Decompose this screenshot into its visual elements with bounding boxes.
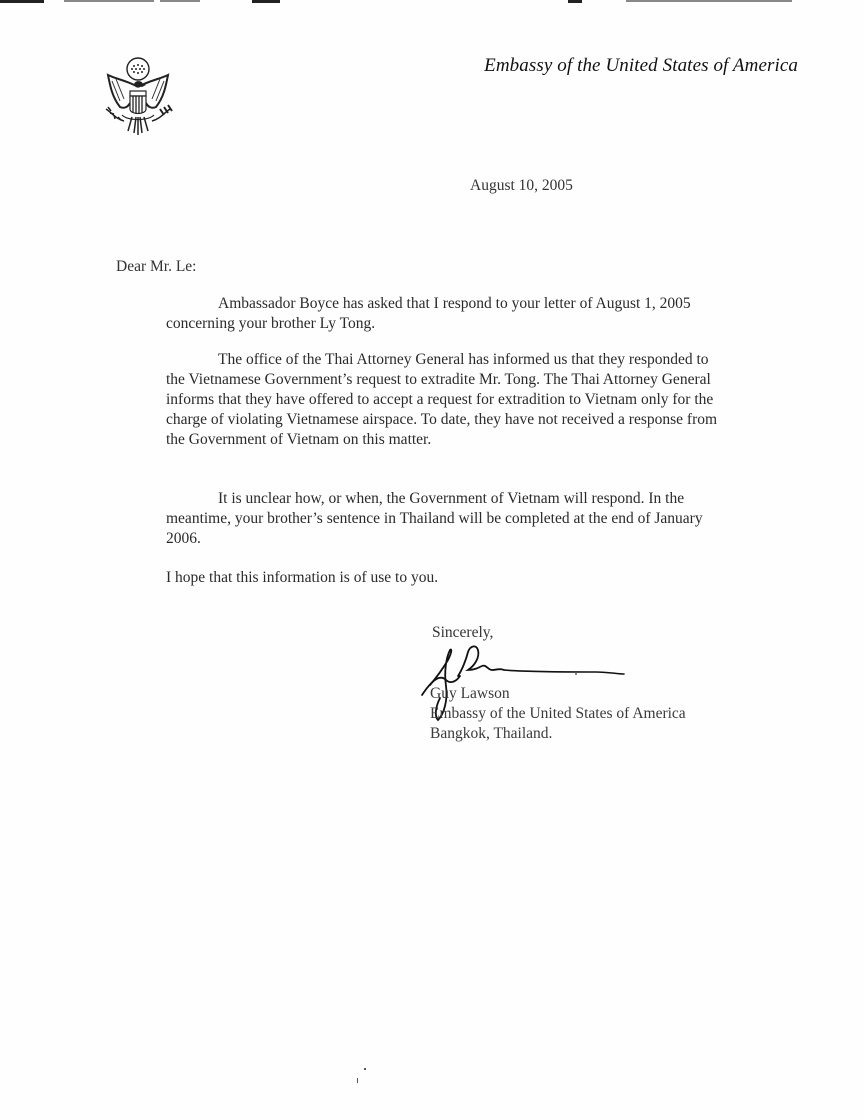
letter-date: August 10, 2005: [470, 177, 573, 195]
letterhead-title: Embassy of the United States of America: [484, 55, 798, 77]
letter-page: Embassy of the United States of America …: [0, 0, 864, 1120]
signer-location: Bangkok, Thailand.: [430, 724, 686, 744]
salutation: Dear Mr. Le:: [116, 258, 196, 276]
scan-artifact: [626, 0, 792, 2]
paragraph-1: Ambassador Boyce has asked that I respon…: [166, 294, 726, 334]
scan-artifact: [568, 0, 582, 3]
signer-name: Guy Lawson: [430, 684, 686, 704]
scan-speck: [364, 1068, 366, 1070]
paragraph-4-text: I hope that this information is of use t…: [166, 569, 438, 586]
scan-artifact: [252, 0, 280, 3]
signer-organization: Embassy of the United States of America: [430, 704, 686, 724]
paragraph-3: It is unclear how, or when, the Governme…: [166, 489, 726, 549]
paragraph-2-text: The office of the Thai Attorney General …: [166, 351, 717, 448]
scan-artifact: [64, 0, 154, 2]
paragraph-3-text: It is unclear how, or when, the Governme…: [166, 490, 703, 547]
paragraph-4: I hope that this information is of use t…: [166, 568, 726, 588]
great-seal-icon: [98, 55, 178, 137]
scan-artifact: [0, 0, 44, 3]
scan-artifact: [160, 0, 200, 2]
paragraph-2: The office of the Thai Attorney General …: [166, 350, 726, 450]
paragraph-1-text: Ambassador Boyce has asked that I respon…: [166, 295, 691, 332]
scan-speck: [357, 1078, 358, 1083]
signer-block: Guy Lawson Embassy of the United States …: [430, 684, 686, 744]
